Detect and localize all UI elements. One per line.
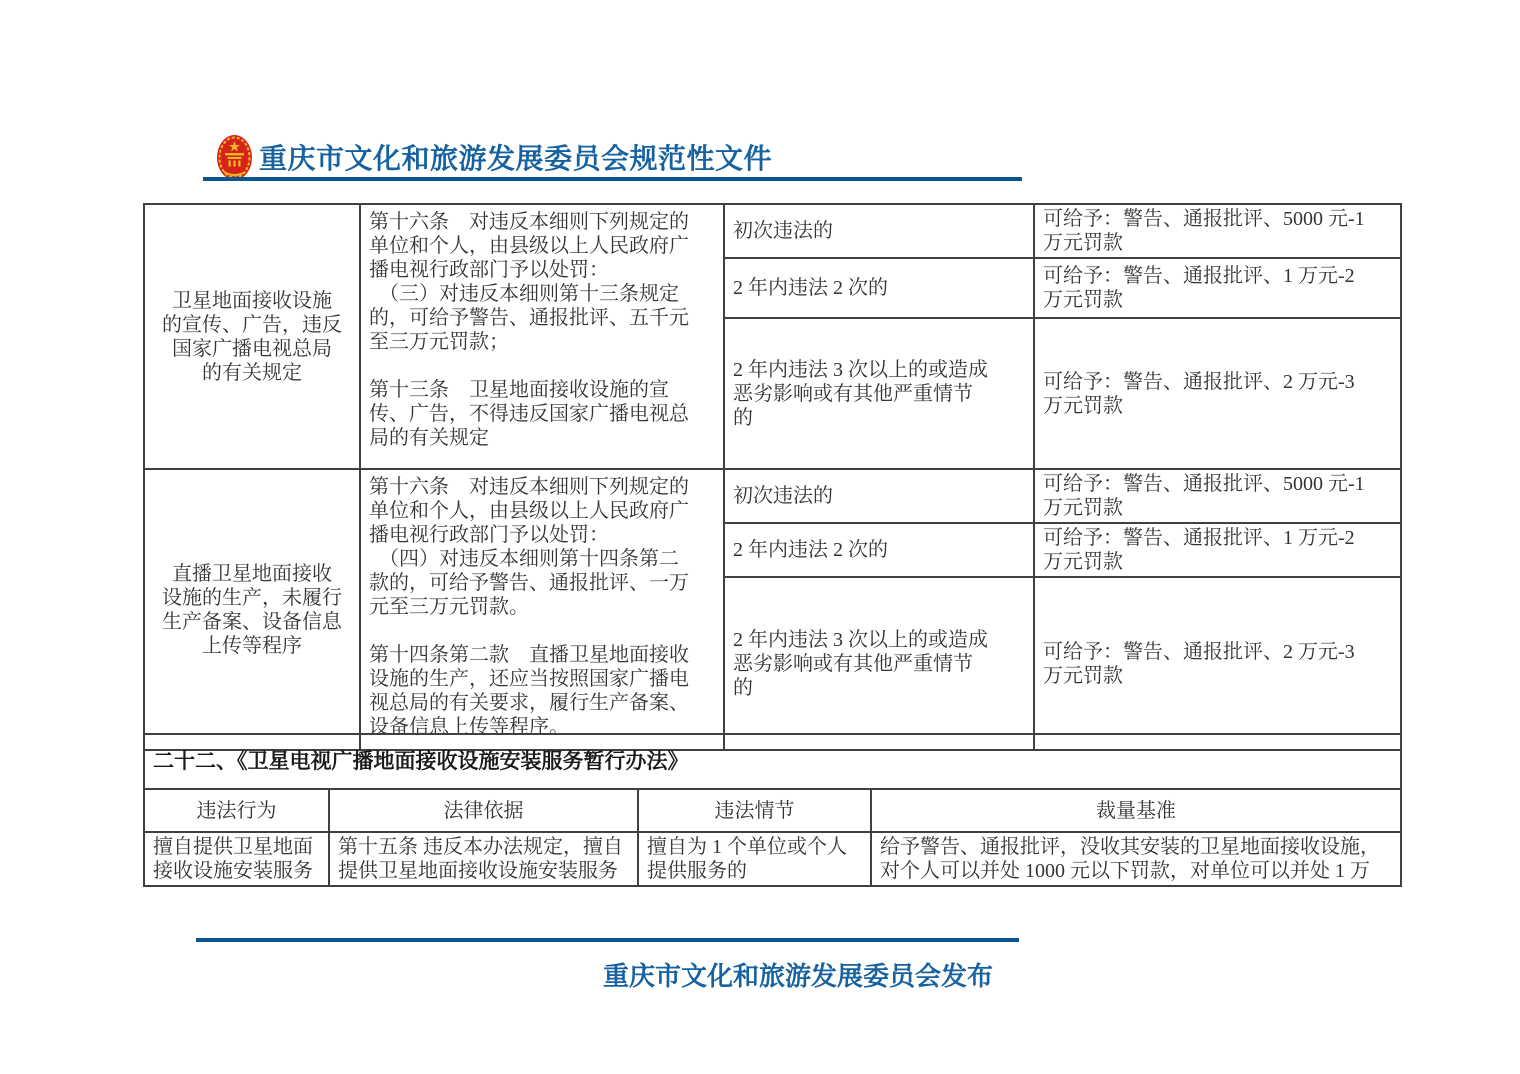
situation-cell: 初次违法的 bbox=[724, 469, 1034, 523]
penalty-cell: 可给予：警告、通报批评、5000 元-1 万元罚款 bbox=[1034, 469, 1401, 523]
behavior-cell: 擅自提供卫星地面 接收设施安装服务 bbox=[144, 832, 329, 886]
section-heading: 二十二、《卫星电视广播地面接收设施安装服务暂行办法》 bbox=[144, 734, 1401, 789]
situation-cell: 初次违法的 bbox=[724, 204, 1034, 258]
situation-cell: 2 年内违法 2 次的 bbox=[724, 258, 1034, 318]
legal-basis-cell: 第十五条 违反本办法规定，擅自 提供卫星地面接收设施安装服务 bbox=[329, 832, 638, 886]
violation-table-2: 二十二、《卫星电视广播地面接收设施安装服务暂行办法》 违法行为 法律依据 违法情… bbox=[143, 733, 1402, 887]
legal-basis-cell: 第十六条 对违反本细则下列规定的 单位和个人，由县级以上人民政府广 播电视行政部… bbox=[360, 469, 724, 750]
behavior-cell: 卫星地面接收设施 的宣传、广告，违反 国家广播电视总局 的有关规定 bbox=[144, 204, 360, 469]
legal-basis-cell: 第十六条 对违反本细则下列规定的 单位和个人，由县级以上人民政府广 播电视行政部… bbox=[360, 204, 724, 469]
penalty-cell: 可给予：警告、通报批评、1 万元-2 万元罚款 bbox=[1034, 258, 1401, 318]
document-page: 重庆市文化和旅游发展委员会规范性文件 卫星地面接收设施 的宣传、广告，违反 国家… bbox=[0, 0, 1520, 1074]
penalty-cell: 可给予：警告、通报批评、1 万元-2 万元罚款 bbox=[1034, 523, 1401, 577]
header-divider bbox=[203, 177, 1022, 181]
penalty-cell: 可给予：警告、通报批评、2 万元-3 万元罚款 bbox=[1034, 318, 1401, 469]
column-header-situation: 违法情节 bbox=[638, 789, 871, 832]
national-emblem-icon bbox=[217, 135, 252, 180]
column-header-penalty: 裁量基准 bbox=[871, 789, 1401, 832]
publisher-text: 重庆市文化和旅游发展委员会发布 bbox=[603, 956, 993, 993]
situation-cell: 2 年内违法 2 次的 bbox=[724, 523, 1034, 577]
behavior-cell: 直播卫星地面接收 设施的生产，未履行 生产备案、设备信息 上传等程序 bbox=[144, 469, 360, 750]
penalty-cell: 可给予：警告、通报批评、2 万元-3 万元罚款 bbox=[1034, 577, 1401, 750]
penalty-cell: 给予警告、通报批评，没收其安装的卫星地面接收设施， 对个人可以并处 1000 元… bbox=[871, 832, 1401, 886]
column-header-behavior: 违法行为 bbox=[144, 789, 329, 832]
situation-cell: 2 年内违法 3 次以上的或造成 恶劣影响或有其他严重情节 的 bbox=[724, 318, 1034, 469]
page-title: 重庆市文化和旅游发展委员会规范性文件 bbox=[259, 137, 772, 177]
penalty-cell: 可给予：警告、通报批评、5000 元-1 万元罚款 bbox=[1034, 204, 1401, 258]
footer-divider bbox=[196, 938, 1019, 942]
situation-cell: 擅自为 1 个单位或个人 提供服务的 bbox=[638, 832, 871, 886]
column-header-legal-basis: 法律依据 bbox=[329, 789, 638, 832]
violation-table-1: 卫星地面接收设施 的宣传、广告，违反 国家广播电视总局 的有关规定 第十六条 对… bbox=[143, 203, 1402, 751]
situation-cell: 2 年内违法 3 次以上的或造成 恶劣影响或有其他严重情节 的 bbox=[724, 577, 1034, 750]
